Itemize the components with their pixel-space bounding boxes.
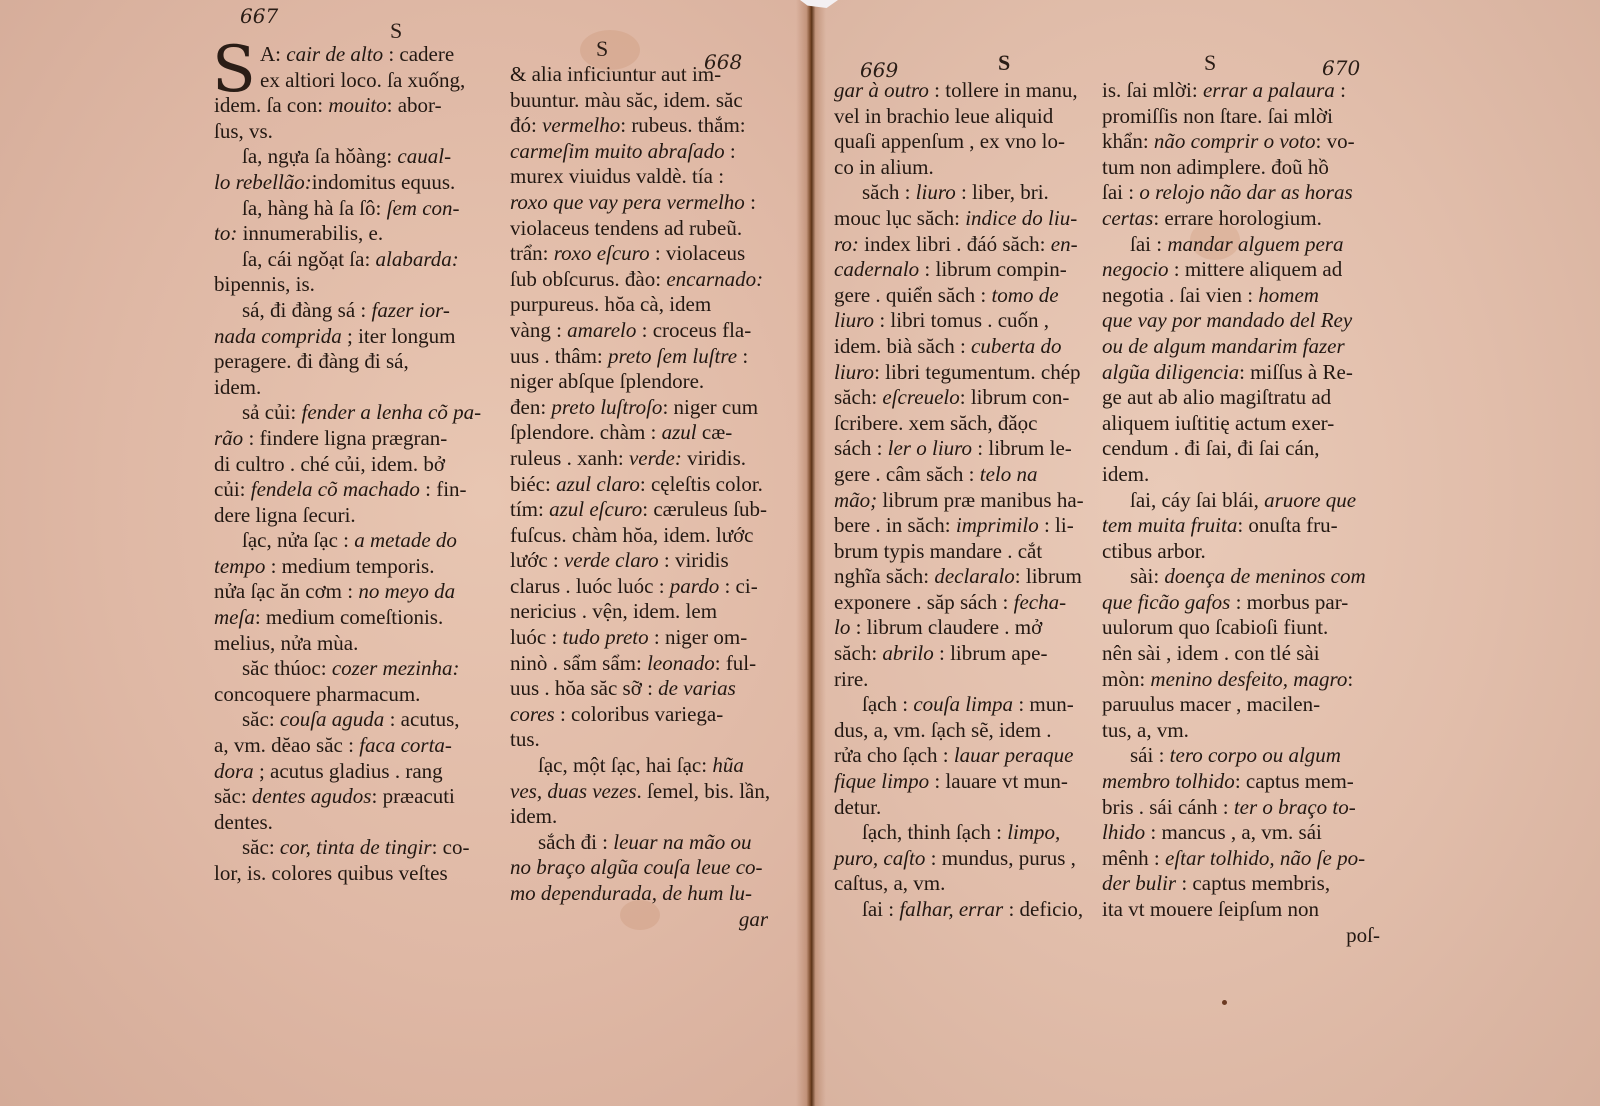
- text-line: is. ſai mlời: errar a palaura :: [1102, 78, 1380, 104]
- text-line: mo dependurada, de hum lu-: [510, 881, 768, 907]
- text-line: gere . quiển săch : tomo de: [834, 283, 1102, 309]
- text-line: lor, is. colores quibus veſtes: [214, 861, 496, 887]
- text-line: ſcribere. xem săch, đǎọc: [834, 411, 1102, 437]
- text-line: negocio : mittere aliquem ad: [1102, 257, 1380, 283]
- text-line: ita vt mouere ſeipſum non: [1102, 897, 1380, 923]
- text-line: gere . câm săch : telo na: [834, 462, 1102, 488]
- text-line: brum typis mandare . cắt: [834, 539, 1102, 565]
- text-line: to: innumerabilis, e.: [214, 221, 496, 247]
- left-page: 667 S S 668 A: cair de alto : cadereex a…: [0, 0, 810, 1106]
- text-line: fuſcus. chàm hŏa, idem. lước: [510, 523, 768, 549]
- text-line: di cultro . ché củi, idem. bở: [214, 452, 496, 478]
- text-line: cores : coloribus variega-: [510, 702, 768, 728]
- text-line: gar à outro : tollere in manu,: [834, 78, 1102, 104]
- text-line: dus, a, vm. ſạch sẽ, idem .: [834, 718, 1102, 744]
- running-head: S: [998, 50, 1010, 76]
- text-line: ninò . sẩm sẩm: leonado: ful-: [510, 651, 768, 677]
- text-line: biéc: azul claro: cęleſtis color.: [510, 472, 768, 498]
- page-number-667: 667: [240, 4, 278, 28]
- text-line: detur.: [834, 795, 1102, 821]
- text-line: tus.: [510, 727, 768, 753]
- text-line: ſạc, nửa ſạc : a metade do: [214, 528, 496, 554]
- text-line: nên sài , idem . con tlé sài: [1102, 641, 1380, 667]
- text-line: exponere . săp sách : fecha-: [834, 590, 1102, 616]
- text-line: ſạch : couſa limpa : mun-: [834, 692, 1102, 718]
- running-head: S: [596, 36, 608, 62]
- text-line: que vay por mandado del Rey: [1102, 308, 1380, 334]
- text-line: fique limpo : lauare vt mun-: [834, 769, 1102, 795]
- text-line: ſai : o relojo não dar as horas: [1102, 180, 1380, 206]
- text-line: bris . sái cánh : ter o braço to-: [1102, 795, 1380, 821]
- text-line: A: cair de alto : cadere: [214, 42, 496, 68]
- text-line: ctibus arbor.: [1102, 539, 1380, 565]
- text-line: ſai : falhar, errar : deficio,: [834, 897, 1102, 923]
- text-line: vel in brachio leue aliquid: [834, 104, 1102, 130]
- text-line: tus, a, vm.: [1102, 718, 1380, 744]
- text-line: ves, duas vezes. ſemel, bis. lần,: [510, 779, 768, 805]
- text-line: sài: doença de meninos com: [1102, 564, 1380, 590]
- text-line: cadernalo : librum compin-: [834, 257, 1102, 283]
- dictionary-column-1: A: cair de alto : cadereex altiori loco.…: [214, 42, 496, 887]
- text-line: co in alium.: [834, 155, 1102, 181]
- text-line: tempo : medium temporis.: [214, 554, 496, 580]
- text-line: roxo que vay pera vermelho :: [510, 190, 768, 216]
- book-gutter: [796, 0, 826, 1106]
- text-line: uus . hŏa săc sỡ : de varias: [510, 676, 768, 702]
- text-line: cendum . đi ſai, đi ſai cán,: [1102, 436, 1380, 462]
- text-line: no braço algũa couſa leue co-: [510, 855, 768, 881]
- text-line: meſa: medium comeſtionis.: [214, 605, 496, 631]
- text-line: que ficão gafos : morbus par-: [1102, 590, 1380, 616]
- text-line: mênh : eſtar tolhido, não ſe po-: [1102, 846, 1380, 872]
- text-line: sả củi: fender a lenha cõ pa-: [214, 400, 496, 426]
- text-line: mão; librum præ manibus ha-: [834, 488, 1102, 514]
- text-line: ſạc, một ſạc, hai ſạc: hũa: [510, 753, 768, 779]
- text-line: ruleus . xanh: verde: viridis.: [510, 446, 768, 472]
- text-line: uulorum quo ſcabioſi fiunt.: [1102, 615, 1380, 641]
- text-line: ſạch, thinh ſạch : limpo,: [834, 820, 1102, 846]
- text-line: idem. bià săch : cuberta do: [834, 334, 1102, 360]
- text-line: ſus, vs.: [214, 119, 496, 145]
- text-line: niger abſque ſplendore.: [510, 369, 768, 395]
- text-line: săch: abrilo : librum ape-: [834, 641, 1102, 667]
- text-line: bipennis, is.: [214, 272, 496, 298]
- text-line: mouc lục săch: indice do liu-: [834, 206, 1102, 232]
- text-line: trẩn: roxo eſcuro : violaceus: [510, 241, 768, 267]
- text-line: săc: couſa aguda : acutus,: [214, 707, 496, 733]
- dictionary-column-3: gar à outro : tollere in manu,vel in bra…: [834, 78, 1102, 923]
- text-line: đen: preto luſtroſo: niger cum: [510, 395, 768, 421]
- text-line: buuntur. màu săc, idem. săc: [510, 88, 768, 114]
- text-line: idem. ſa con: mouito: abor-: [214, 93, 496, 119]
- text-line: sái : tero corpo ou algum: [1102, 743, 1380, 769]
- text-line: nada comprida ; iter longum: [214, 324, 496, 350]
- text-line: certas: errare horologium.: [1102, 206, 1380, 232]
- text-line: đó: vermelho: rubeus. thắm:: [510, 113, 768, 139]
- ink-spot: [1222, 1000, 1227, 1005]
- text-line: tím: azul eſcuro: cæruleus ſub-: [510, 497, 768, 523]
- text-line: ſai, cáy ſai blái, aruore que: [1102, 488, 1380, 514]
- right-page: 669 S S 670 gar à outro : tollere in man…: [810, 0, 1600, 1106]
- text-line: peragere. đi đàng đi sá,: [214, 349, 496, 375]
- text-line: ſa, ngựa ſa hǒàng: caual-: [214, 144, 496, 170]
- running-head: S: [1204, 50, 1216, 76]
- text-line: algũa diligencia: miſſus à Re-: [1102, 360, 1380, 386]
- text-line: ſub obſcurus. đào: encarnado:: [510, 267, 768, 293]
- text-line: caſtus, a, vm.: [834, 871, 1102, 897]
- text-line: uus . thâm: preto ſem luſtre :: [510, 344, 768, 370]
- page-number-670: 670: [1322, 56, 1360, 80]
- text-line: concoquere pharmacum.: [214, 682, 496, 708]
- text-line: vàng : amarelo : croceus fla-: [510, 318, 768, 344]
- text-line: săc: dentes agudos: præacuti: [214, 784, 496, 810]
- text-line: liuro : libri tomus . cuốn ,: [834, 308, 1102, 334]
- text-line: violaceus tendens ad rubeũ.: [510, 216, 768, 242]
- dictionary-column-4: is. ſai mlời: errar a palaura :promiſſis…: [1102, 78, 1380, 948]
- text-line: sá, đi đàng sá : fazer ior-: [214, 298, 496, 324]
- text-line: sắch đi : leuar na mão ou: [510, 830, 768, 856]
- text-line: nericius . vện, idem. lem: [510, 599, 768, 625]
- text-line: idem.: [1102, 462, 1380, 488]
- text-line: lo : librum claudere . mở: [834, 615, 1102, 641]
- text-line: carmeſim muito abraſado :: [510, 139, 768, 165]
- text-line: rire.: [834, 667, 1102, 693]
- text-line: melius, nửa mùa.: [214, 631, 496, 657]
- text-line: a, vm. dĕao săc : faca corta-: [214, 733, 496, 759]
- text-line: luóc : tudo preto : niger om-: [510, 625, 768, 651]
- text-line: mòn: menino desfeito, magro:: [1102, 667, 1380, 693]
- text-line: idem.: [214, 375, 496, 401]
- text-line: rửa cho ſạch : lauar peraque: [834, 743, 1102, 769]
- text-line: liuro: libri tegumentum. chép: [834, 360, 1102, 386]
- text-line: clarus . luóc luóc : pardo : ci-: [510, 574, 768, 600]
- text-line: sách : ler o liuro : librum le-: [834, 436, 1102, 462]
- text-line: idem.: [510, 804, 768, 830]
- drop-cap: S: [212, 44, 256, 96]
- text-line: săc thúoc: cozer mezinha:: [214, 656, 496, 682]
- text-line: ex altiori loco. ſa xuống,: [214, 68, 496, 94]
- text-line: lhido : mancus , a, vm. sái: [1102, 820, 1380, 846]
- text-line: tem muita fruita: onuſta fru-: [1102, 513, 1380, 539]
- text-line: tum non adimplere. đoũ hồ: [1102, 155, 1380, 181]
- text-line: dora ; acutus gladius . rang: [214, 759, 496, 785]
- text-line: purpureus. hŏa cà, idem: [510, 292, 768, 318]
- text-line: ou de algum mandarim fazer: [1102, 334, 1380, 360]
- text-line: nghĩa săch: declaralo: librum: [834, 564, 1102, 590]
- text-line: nửa ſạc ăn cơm : no meyo da: [214, 579, 496, 605]
- text-line: ge aut ab alio magiſtratu ad: [1102, 385, 1380, 411]
- text-line: membro tolhido: captus mem-: [1102, 769, 1380, 795]
- text-line: săch: eſcreuelo: librum con-: [834, 385, 1102, 411]
- text-line: der bulir : captus membris,: [1102, 871, 1380, 897]
- text-line: ſai : mandar alguem pera: [1102, 232, 1380, 258]
- text-line: lo rebellão:indomitus equus.: [214, 170, 496, 196]
- text-line: dere ligna ſecuri.: [214, 503, 496, 529]
- text-line: củi: fendela cõ machado : fin-: [214, 477, 496, 503]
- text-line: ſa, cái ngǒạt ſa: alabarda:: [214, 247, 496, 273]
- text-line: aliquem iuſtitię actum exer-: [1102, 411, 1380, 437]
- text-line: bere . in săch: imprimilo : li-: [834, 513, 1102, 539]
- text-line: lước : verde claro : viridis: [510, 548, 768, 574]
- text-line: puro, caſto : mundus, purus ,: [834, 846, 1102, 872]
- text-line: gar: [510, 907, 768, 933]
- text-line: negotia . ſai vien : homem: [1102, 283, 1380, 309]
- running-head: S: [390, 18, 402, 44]
- text-line: săch : liuro : liber, bri.: [834, 180, 1102, 206]
- text-line: & alia inficiuntur aut im-: [510, 62, 768, 88]
- text-line: ſa, hàng hà ſa ſô: ſem con-: [214, 196, 496, 222]
- text-line: quaſi appenſum , ex vno lo-: [834, 129, 1102, 155]
- text-line: poſ-: [1102, 923, 1380, 949]
- text-line: ſplendore. chàm : azul cæ-: [510, 420, 768, 446]
- text-line: khẩn: não comprir o voto: vo-: [1102, 129, 1380, 155]
- book-spread: 667 S S 668 A: cair de alto : cadereex a…: [0, 0, 1600, 1106]
- dictionary-column-2: & alia inficiuntur aut im-buuntur. màu s…: [510, 62, 768, 932]
- text-line: promiſſis non ſtare. ſai mlời: [1102, 104, 1380, 130]
- text-line: săc: cor, tinta de tingir: co-: [214, 835, 496, 861]
- text-line: dentes.: [214, 810, 496, 836]
- text-line: rão : findere ligna prægran-: [214, 426, 496, 452]
- text-line: paruulus macer , macilen-: [1102, 692, 1380, 718]
- text-line: murex viuidus valdè. tía :: [510, 164, 768, 190]
- text-line: ro: index libri . đáó săch: en-: [834, 232, 1102, 258]
